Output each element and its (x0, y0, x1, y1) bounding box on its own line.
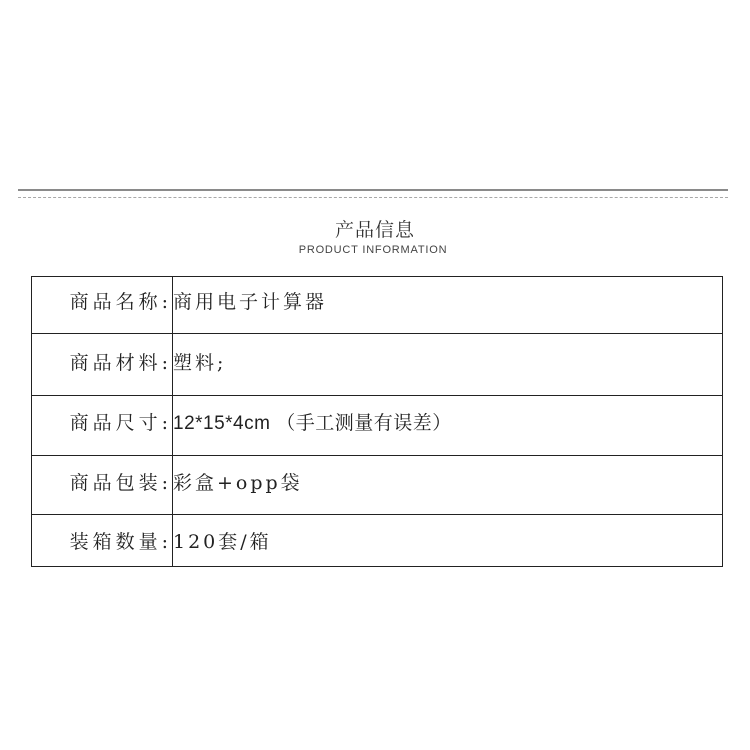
section-subtitle: PRODUCT INFORMATION (0, 244, 746, 256)
table-row: 商品名称: 商用电子计算器 (32, 277, 723, 334)
row-label-material: 商品材料: (32, 334, 173, 396)
row-label-name: 商品名称: (32, 277, 173, 334)
section-title: 产品信息 (0, 215, 750, 242)
row-label-carton-qty: 装箱数量: (32, 515, 173, 567)
table-row: 装箱数量: 120套/箱 (32, 515, 723, 567)
divider-dashed (18, 197, 728, 198)
row-value-size: 12*15*4cm （手工测量有误差） (173, 396, 723, 456)
row-label-size: 商品尺寸: (32, 396, 173, 456)
table-row: 商品包装: 彩盒+opp袋 (32, 456, 723, 515)
table-row: 商品尺寸: 12*15*4cm （手工测量有误差） (32, 396, 723, 456)
row-value-packaging: 彩盒+opp袋 (173, 456, 723, 515)
row-label-packaging: 商品包装: (32, 456, 173, 515)
row-value-carton-qty: 120套/箱 (173, 515, 723, 567)
row-value-name: 商用电子计算器 (173, 277, 723, 334)
product-info-table: 商品名称: 商用电子计算器 商品材料: 塑料; 商品尺寸: 12*15*4cm … (31, 276, 723, 567)
divider-solid (18, 189, 728, 191)
table-row: 商品材料: 塑料; (32, 334, 723, 396)
row-value-material: 塑料; (173, 334, 723, 396)
